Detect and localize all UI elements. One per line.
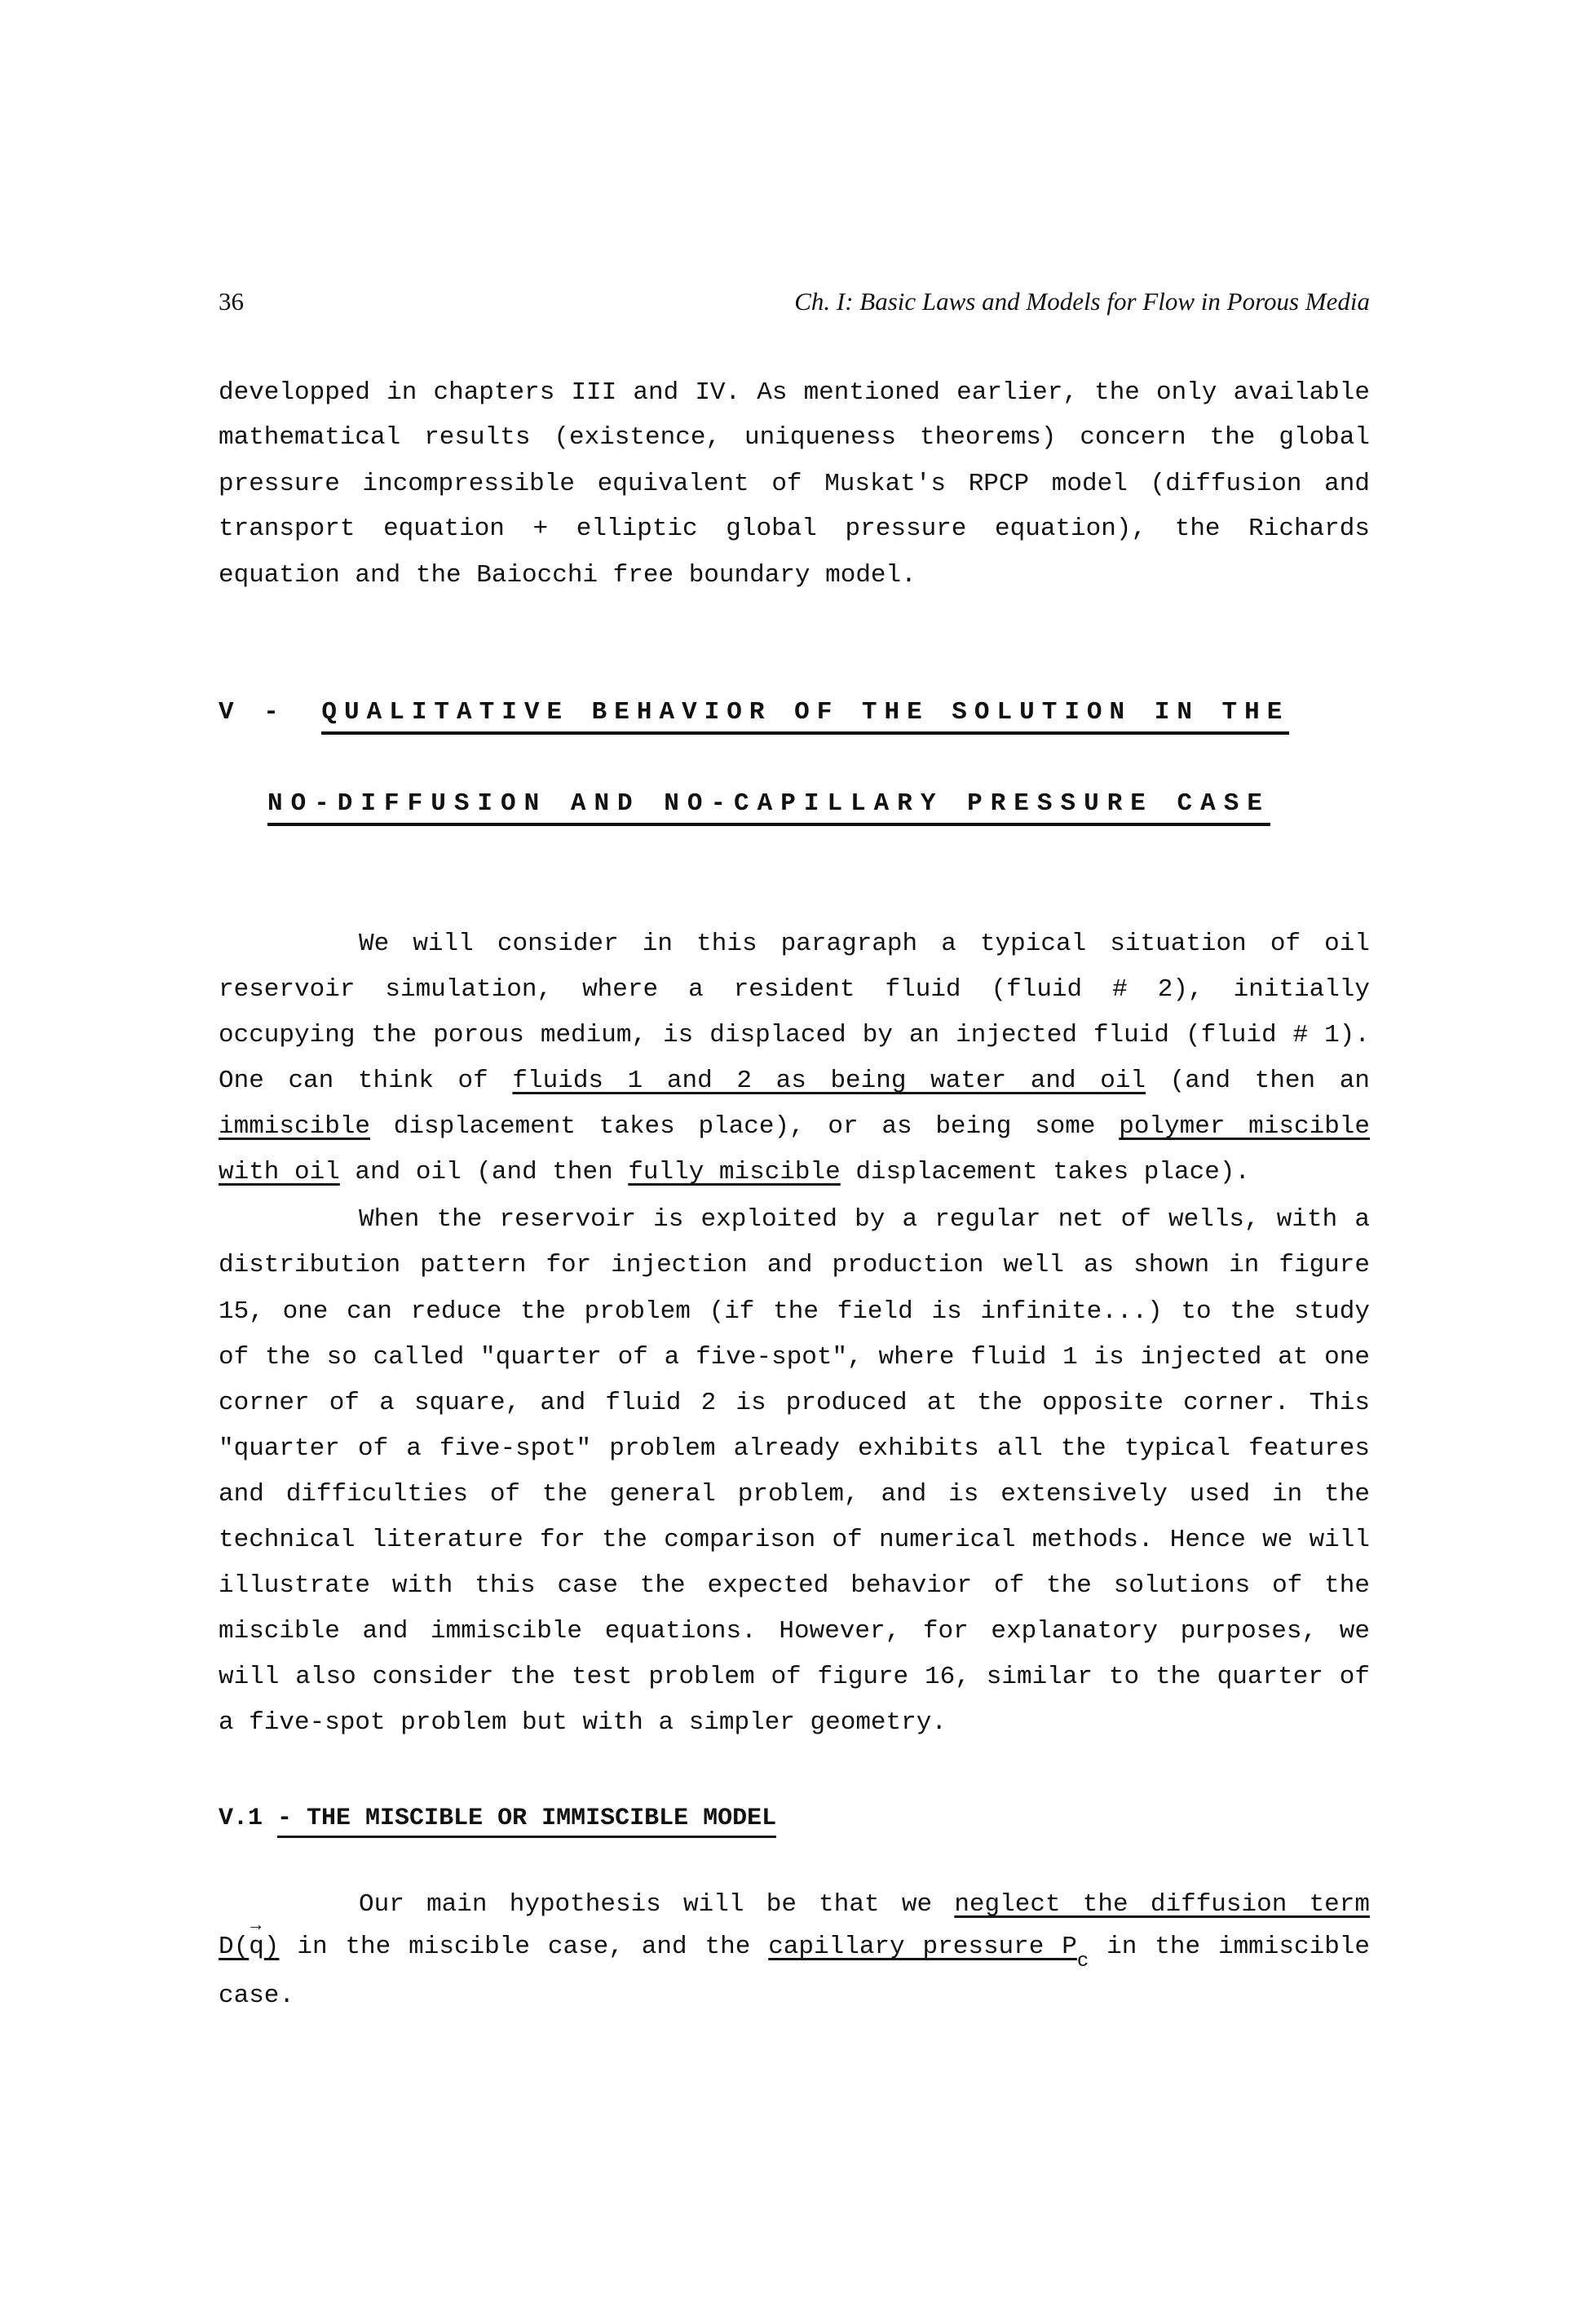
section-title-line2: NO-DIFFUSION AND NO-CAPILLARY PRESSURE C… bbox=[267, 789, 1270, 826]
text-span: (and then an bbox=[1146, 1067, 1370, 1095]
section-title-line1: QUALITATIVE BEHAVIOR OF THE SOLUTION IN … bbox=[321, 698, 1289, 735]
text-span: in the immiscible bbox=[1089, 1933, 1370, 1961]
text-line: case. bbox=[219, 1980, 1370, 2013]
underlined-phrase: fluids 1 and 2 as being water and oil bbox=[512, 1067, 1146, 1095]
underlined-phrase: fully miscible bbox=[628, 1158, 840, 1186]
subscript-c: c bbox=[1077, 1951, 1089, 1973]
vector-q: q bbox=[249, 1931, 264, 1964]
text-line: will also consider the test problem of f… bbox=[219, 1661, 1370, 1694]
diffusion-term-formula: D(q) bbox=[219, 1933, 279, 1961]
text-line: D(q) in the miscible case, and the capil… bbox=[219, 1931, 1370, 1965]
section-v1-heading: V.1 - THE MISCIBLE OR IMMISCIBLE MODEL bbox=[219, 1802, 776, 1835]
text-line: of the so called "quarter of a five-spot… bbox=[219, 1341, 1370, 1374]
text-span: displacement takes place). bbox=[841, 1158, 1250, 1186]
subsection-title: - THE MISCIBLE OR IMMISCIBLE MODEL bbox=[277, 1805, 776, 1838]
text-span: displacement takes place), or as being s… bbox=[370, 1112, 1119, 1141]
text-line: a five-spot problem but with a simpler g… bbox=[219, 1707, 1370, 1739]
underlined-phrase: immiscible bbox=[219, 1112, 370, 1141]
running-head: 36 Ch. I: Basic Laws and Models for Flow… bbox=[219, 287, 1370, 320]
underlined-phrase: capillary pressure P bbox=[768, 1933, 1077, 1961]
text-line: developped in chapters III and IV. As me… bbox=[219, 377, 1370, 409]
text-line: miscible and immiscible equations. Howev… bbox=[219, 1615, 1370, 1648]
underlined-phrase: neglect the diffusion term bbox=[954, 1890, 1370, 1919]
text-line: with oil and oil (and then fully miscibl… bbox=[219, 1156, 1370, 1189]
text-line: 15, one can reduce the problem (if the f… bbox=[219, 1296, 1370, 1328]
underlined-phrase: polymer miscible bbox=[1119, 1112, 1370, 1141]
text-line: We will consider in this paragraph a typ… bbox=[219, 928, 1370, 961]
text-span: One can think of bbox=[219, 1067, 512, 1095]
text-line: pressure incompressible equivalent of Mu… bbox=[219, 468, 1370, 501]
text-line: technical literature for the comparison … bbox=[219, 1524, 1370, 1557]
text-line: Our main hypothesis will be that we negl… bbox=[219, 1889, 1370, 1921]
text-line: corner of a square, and fluid 2 is produ… bbox=[219, 1387, 1370, 1420]
text-line: transport equation + elliptic global pre… bbox=[219, 513, 1370, 546]
text-span: in the miscible case, and the bbox=[279, 1933, 768, 1961]
text-line: equation and the Baiocchi free boundary … bbox=[219, 559, 1370, 592]
text-line: and difficulties of the general problem,… bbox=[219, 1478, 1370, 1511]
text-line: distribution pattern for injection and p… bbox=[219, 1249, 1370, 1282]
section-number: V - bbox=[219, 698, 286, 727]
text-span: Our main hypothesis will be that we bbox=[359, 1890, 954, 1919]
text-line: reservoir simulation, where a resident f… bbox=[219, 974, 1370, 1006]
page-number: 36 bbox=[219, 287, 244, 316]
text-line: immiscible displacement takes place), or… bbox=[219, 1111, 1370, 1143]
text-line: One can think of fluids 1 and 2 as being… bbox=[219, 1065, 1370, 1098]
text-line: occupying the porous medium, is displace… bbox=[219, 1019, 1370, 1052]
text-line: illustrate with this case the expected b… bbox=[219, 1570, 1370, 1602]
text-line: mathematical results (existence, uniquen… bbox=[219, 422, 1370, 454]
text-span: and oil (and then bbox=[340, 1158, 628, 1186]
chapter-title: Ch. I: Basic Laws and Models for Flow in… bbox=[794, 287, 1370, 316]
underlined-phrase: with oil bbox=[219, 1158, 340, 1186]
text-line: "quarter of a five-spot" problem already… bbox=[219, 1433, 1370, 1465]
text-line: When the reservoir is exploited by a reg… bbox=[219, 1204, 1370, 1236]
subsection-number: V.1 bbox=[219, 1805, 263, 1832]
